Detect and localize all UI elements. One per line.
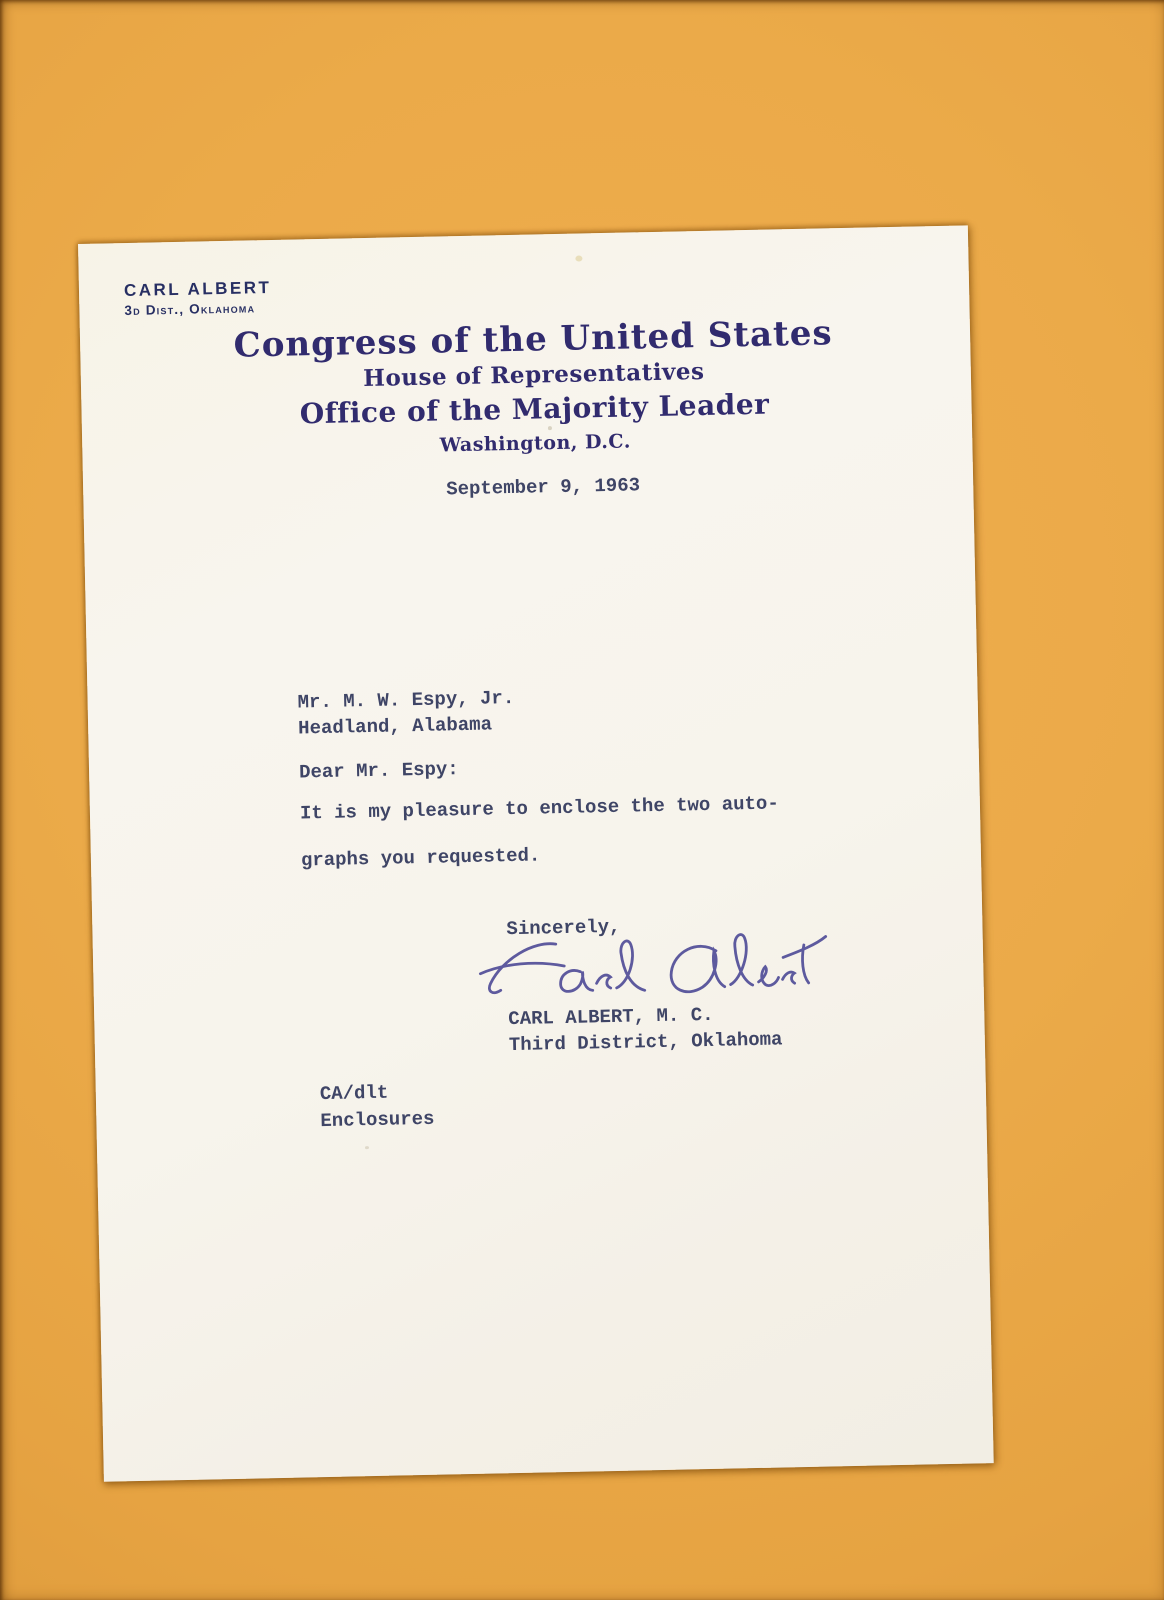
paper-speck	[575, 255, 582, 261]
letter-paper: CARL ALBERT 3d Dist., Oklahoma Congress …	[78, 225, 994, 1481]
body-line-1: It is my pleasure to enclose the two aut…	[300, 790, 779, 826]
paper-speck	[365, 1146, 369, 1149]
reference-block: CA/dlt Enclosures	[320, 1079, 435, 1135]
recipient-block: Mr. M. W. Espy, Jr. Headland, Alabama	[297, 685, 515, 742]
signature-carl-albert	[478, 926, 830, 1011]
scan-background: CARL ALBERT 3d Dist., Oklahoma Congress …	[0, 0, 1164, 1600]
sender-district: 3d Dist., Oklahoma	[124, 300, 272, 319]
signature-ink	[478, 926, 830, 1011]
recipient-address: Headland, Alabama	[298, 711, 515, 742]
enclosure-note: Enclosures	[320, 1106, 435, 1135]
sender-name: CARL ALBERT	[124, 278, 272, 301]
signed-title: Third District, Oklahoma	[509, 1026, 783, 1058]
letterhead-block: Congress of the United States House of R…	[88, 313, 981, 463]
body-line-2: graphs you requested.	[301, 842, 541, 873]
sender-block: CARL ALBERT 3d Dist., Oklahoma	[124, 278, 272, 318]
signed-name-block: CARL ALBERT, M. C. Third District, Oklah…	[508, 1000, 783, 1058]
reference-initials: CA/dlt	[320, 1079, 435, 1108]
letter-date: September 9, 1963	[446, 472, 640, 502]
salutation: Dear Mr. Espy:	[299, 756, 459, 785]
